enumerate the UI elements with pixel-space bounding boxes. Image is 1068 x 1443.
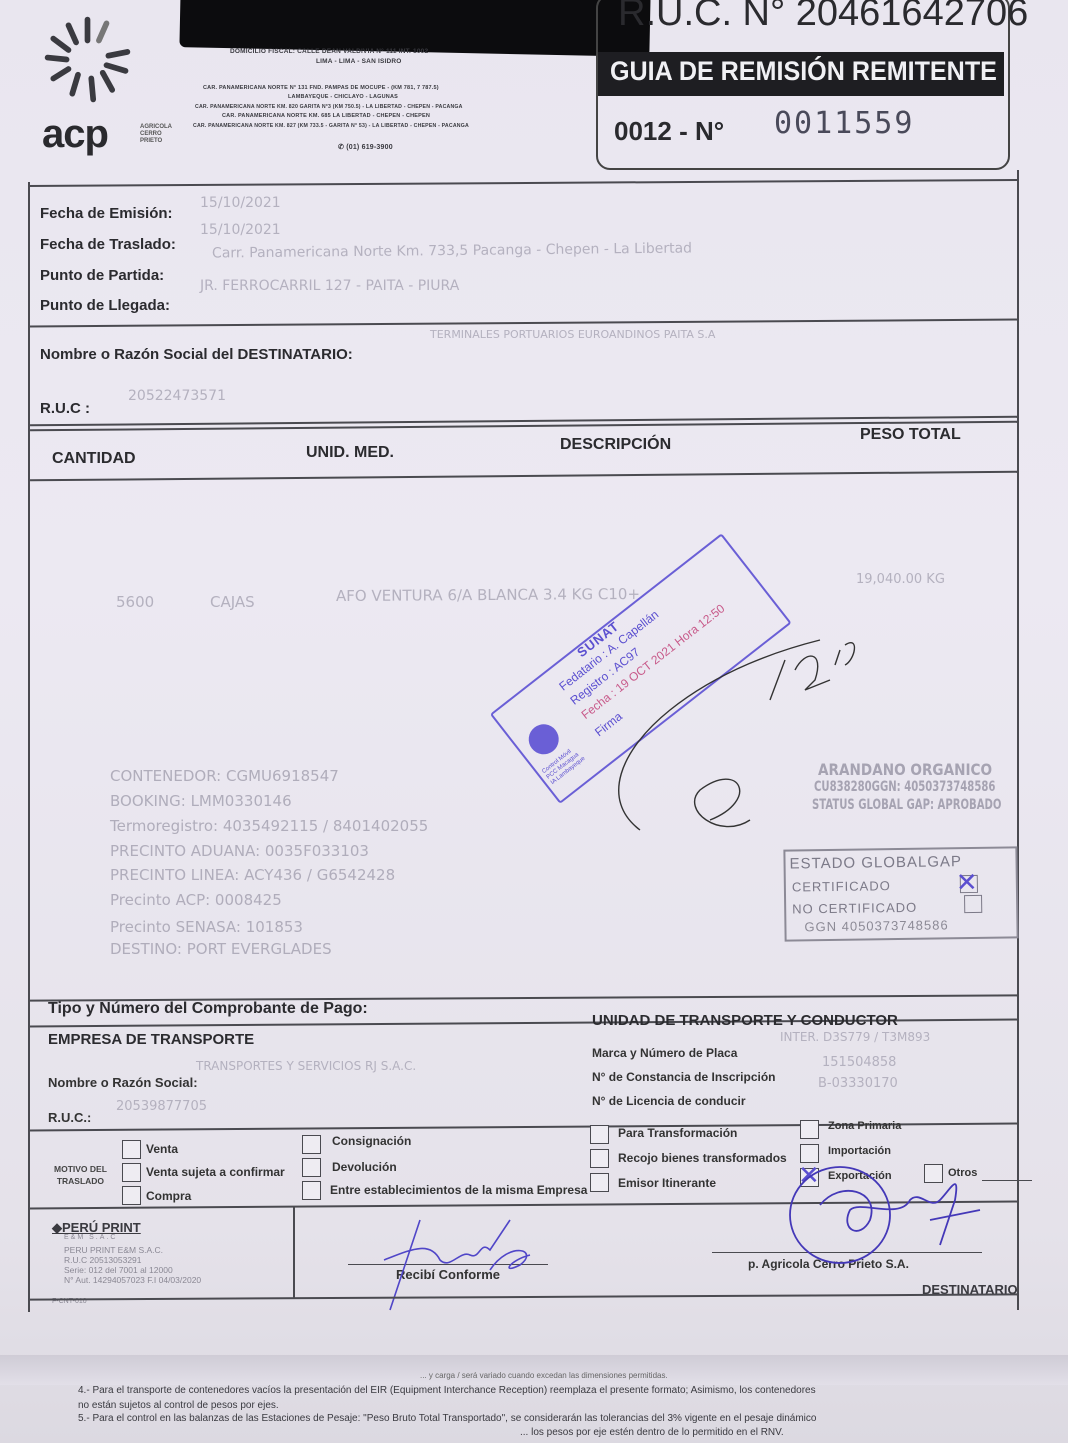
diamond-icon: ◆ — [52, 1220, 62, 1235]
punto-partida-label: Punto de Partida: — [40, 267, 164, 284]
footer-note: ... y carga / será variado cuando exceda… — [420, 1371, 668, 1380]
branch-address: CAR. PANAMERICANA NORTE KM. 685 LA LIBER… — [222, 113, 430, 119]
fecha-emision-value: 15/10/2021 — [200, 195, 281, 211]
comprobante-label: Tipo y Número del Comprobante de Pago: — [48, 1000, 368, 1018]
detail-line: CONTENEDOR: CGMU6918547 — [110, 767, 339, 785]
printer-line: Serie: 012 del 7001 al 12000 — [64, 1265, 173, 1275]
printer-line: N° Aut. 14294057023 F.I 04/03/2020 — [64, 1275, 201, 1285]
option-label: Recojo bienes transformados — [618, 1151, 787, 1165]
domicilio-city: LIMA - LIMA - SAN ISIDRO — [316, 58, 402, 65]
constancia-value: 151504858 — [822, 1055, 896, 1070]
option-label: Consignación — [332, 1134, 411, 1148]
detail-line: PRECINTO ADUANA: 0035F033103 — [110, 842, 369, 860]
empresa-ruc-label: R.U.C.: — [48, 1110, 91, 1125]
no-certificado-checkbox[interactable] — [964, 895, 982, 913]
checkbox-emisor-itinerante[interactable] — [590, 1173, 609, 1192]
ruc-header: R.U.C. N° 20461642706 — [618, 0, 1028, 35]
printer-line: R.U.C 20513053291 — [64, 1255, 142, 1265]
acp-logo-rays-icon — [40, 12, 135, 107]
item-descripcion: AFO VENTURA 6/A BLANCA 3.4 KG C10+ — [336, 585, 640, 605]
item-cantidad: 5600 — [116, 593, 154, 611]
fecha-emision-label: Fecha de Emisión: — [40, 205, 173, 222]
constancia-label: N° de Constancia de Inscripción — [592, 1070, 776, 1084]
checkbox-venta[interactable] — [122, 1140, 141, 1159]
signature-remitente-icon — [780, 1160, 1010, 1270]
globalgap-stamp: ESTADO GLOBALGAP CERTIFICADO ✕ NO CERTIF… — [783, 846, 1018, 941]
column-header-cantidad: CANTIDAD — [52, 450, 136, 468]
checkbox-compra[interactable] — [122, 1186, 141, 1205]
fecha-traslado-value: 15/10/2021 — [200, 222, 281, 238]
column-header-peso: PESO TOTAL — [860, 426, 961, 444]
check-x-icon: ✕ — [956, 867, 978, 898]
checkbox-recojo[interactable] — [590, 1149, 609, 1168]
option-label: Para Transformación — [618, 1126, 737, 1140]
footer-note: 4.- Para el transporte de contenedores v… — [78, 1385, 816, 1396]
signature-recibi-icon — [370, 1210, 550, 1320]
serie-label: 0012 - N° — [614, 116, 724, 147]
checkbox-devolucion[interactable] — [302, 1158, 321, 1177]
checkbox-venta-sujeta[interactable] — [122, 1163, 141, 1182]
placa-label: Marca y Número de Placa — [592, 1046, 737, 1060]
punto-llegada-label: Punto de Llegada: — [40, 297, 170, 314]
checkbox-para-transformacion[interactable] — [590, 1125, 609, 1144]
destinatario-name-value: TERMINALES PORTUARIOS EUROANDINOS PAITA … — [430, 328, 715, 341]
option-label: Compra — [146, 1189, 191, 1203]
organic-stamp-line: ARANDANO ORGANICO — [818, 760, 992, 779]
detail-line: BOOKING: LMM0330146 — [110, 792, 292, 810]
detail-line: Precinto SENASA: 101853 — [110, 918, 303, 936]
option-label: Importación — [828, 1145, 891, 1157]
footer-note: ... los pesos por eje estén dentro de lo… — [520, 1427, 784, 1438]
destinatario-name-label: Nombre o Razón Social del DESTINATARIO: — [40, 346, 353, 363]
phone-icon: ✆ — [338, 144, 346, 151]
doc-title: GUIA DE REMISIÓN REMITENTE — [610, 56, 997, 87]
destinatario-ruc-label: R.U.C : — [40, 400, 90, 417]
checkbox-consignacion[interactable] — [302, 1135, 321, 1154]
footer-note: 5.- Para el control en las balanzas de l… — [78, 1413, 816, 1424]
handwritten-signature-icon — [560, 620, 860, 860]
detail-line: Termoregistro: 4035492115 / 8401402055 — [110, 817, 428, 835]
empresa-nombre-label: Nombre o Razón Social: — [48, 1075, 198, 1090]
empresa-transporte-title: EMPRESA DE TRANSPORTE — [48, 1031, 254, 1048]
domicilio-fiscal: DOMICILIO FISCAL: CALLE DEAN VALDIVIA N°… — [230, 48, 428, 55]
punto-partida-value: Carr. Panamericana Norte Km. 733,5 Pacan… — [212, 240, 692, 261]
empresa-nombre-value: TRANSPORTES Y SERVICIOS RJ S.A.C. — [196, 1059, 416, 1073]
detail-line: Precinto ACP: 0008425 — [110, 891, 282, 909]
option-label: Venta — [146, 1142, 178, 1156]
licencia-label: N° de Licencia de conducir — [592, 1094, 746, 1108]
motivo-label: MOTIVO DEL TRASLADO — [54, 1163, 107, 1187]
option-label: Venta sujeta a confirmar — [146, 1165, 285, 1179]
page-fold — [0, 1355, 1068, 1385]
phone: ✆ (01) 619-3900 — [338, 143, 393, 151]
checkbox-entre-establecimientos[interactable] — [302, 1181, 321, 1200]
placa-value: INTER. D3S779 / T3M893 — [780, 1030, 930, 1044]
branch-address: CAR. PANAMERICANA NORTE KM. 827 (KM 733.… — [193, 123, 469, 129]
option-label: Devolución — [332, 1160, 397, 1174]
printer-line: PERU PRINT E&M S.A.C. — [64, 1245, 163, 1255]
organic-stamp-line: CU838280GGN: 4050373748586 — [814, 779, 995, 795]
detail-line: DESTINO: PORT EVERGLADES — [110, 940, 332, 958]
acp-logo-text: acp — [42, 112, 108, 157]
option-label: Entre establecimientos de la misma Empre… — [330, 1183, 587, 1197]
item-unidad: CAJAS — [210, 593, 255, 611]
fecha-traslado-label: Fecha de Traslado: — [40, 236, 176, 253]
branch-address: CAR. PANAMERICANA NORTE KM. 820 GARITA N… — [195, 104, 463, 110]
option-label: Emisor Itinerante — [618, 1176, 716, 1190]
acp-logo-subtext: AGRICOLA CERRO PRIETO — [140, 124, 172, 145]
column-header-unidad: UNID. MED. — [306, 444, 394, 462]
checkbox-zona-primaria[interactable] — [800, 1120, 819, 1139]
option-label: Zona Primaria — [828, 1120, 901, 1132]
sunat-logo-icon — [523, 718, 565, 760]
empresa-ruc-value: 20539877705 — [116, 1099, 207, 1114]
licencia-value: B-03330170 — [818, 1076, 898, 1091]
detail-line: PRECINTO LINEA: ACY436 / G6542428 — [110, 866, 395, 884]
organic-stamp-line: STATUS GLOBAL GAP: APROBADO — [812, 797, 1001, 813]
punto-llegada-value: JR. FERROCARRIL 127 - PAITA - PIURA — [200, 278, 459, 294]
item-peso: 19,040.00 KG — [856, 572, 945, 587]
footer-note: no están sujetos al control de pesos por… — [78, 1400, 279, 1411]
column-header-descripcion: DESCRIPCIÓN — [560, 436, 671, 454]
unidad-transporte-title: UNIDAD DE TRANSPORTE Y CONDUCTOR — [592, 1012, 898, 1029]
destinatario-ruc-value: 20522473571 — [128, 388, 226, 404]
serie-number: 0011559 — [774, 106, 914, 141]
branch-address: LAMBAYEQUE - CHICLAYO - LAGUNAS — [288, 94, 398, 100]
branch-address: CAR. PANAMERICANA NORTE N° 131 FND. PAMP… — [203, 85, 439, 91]
